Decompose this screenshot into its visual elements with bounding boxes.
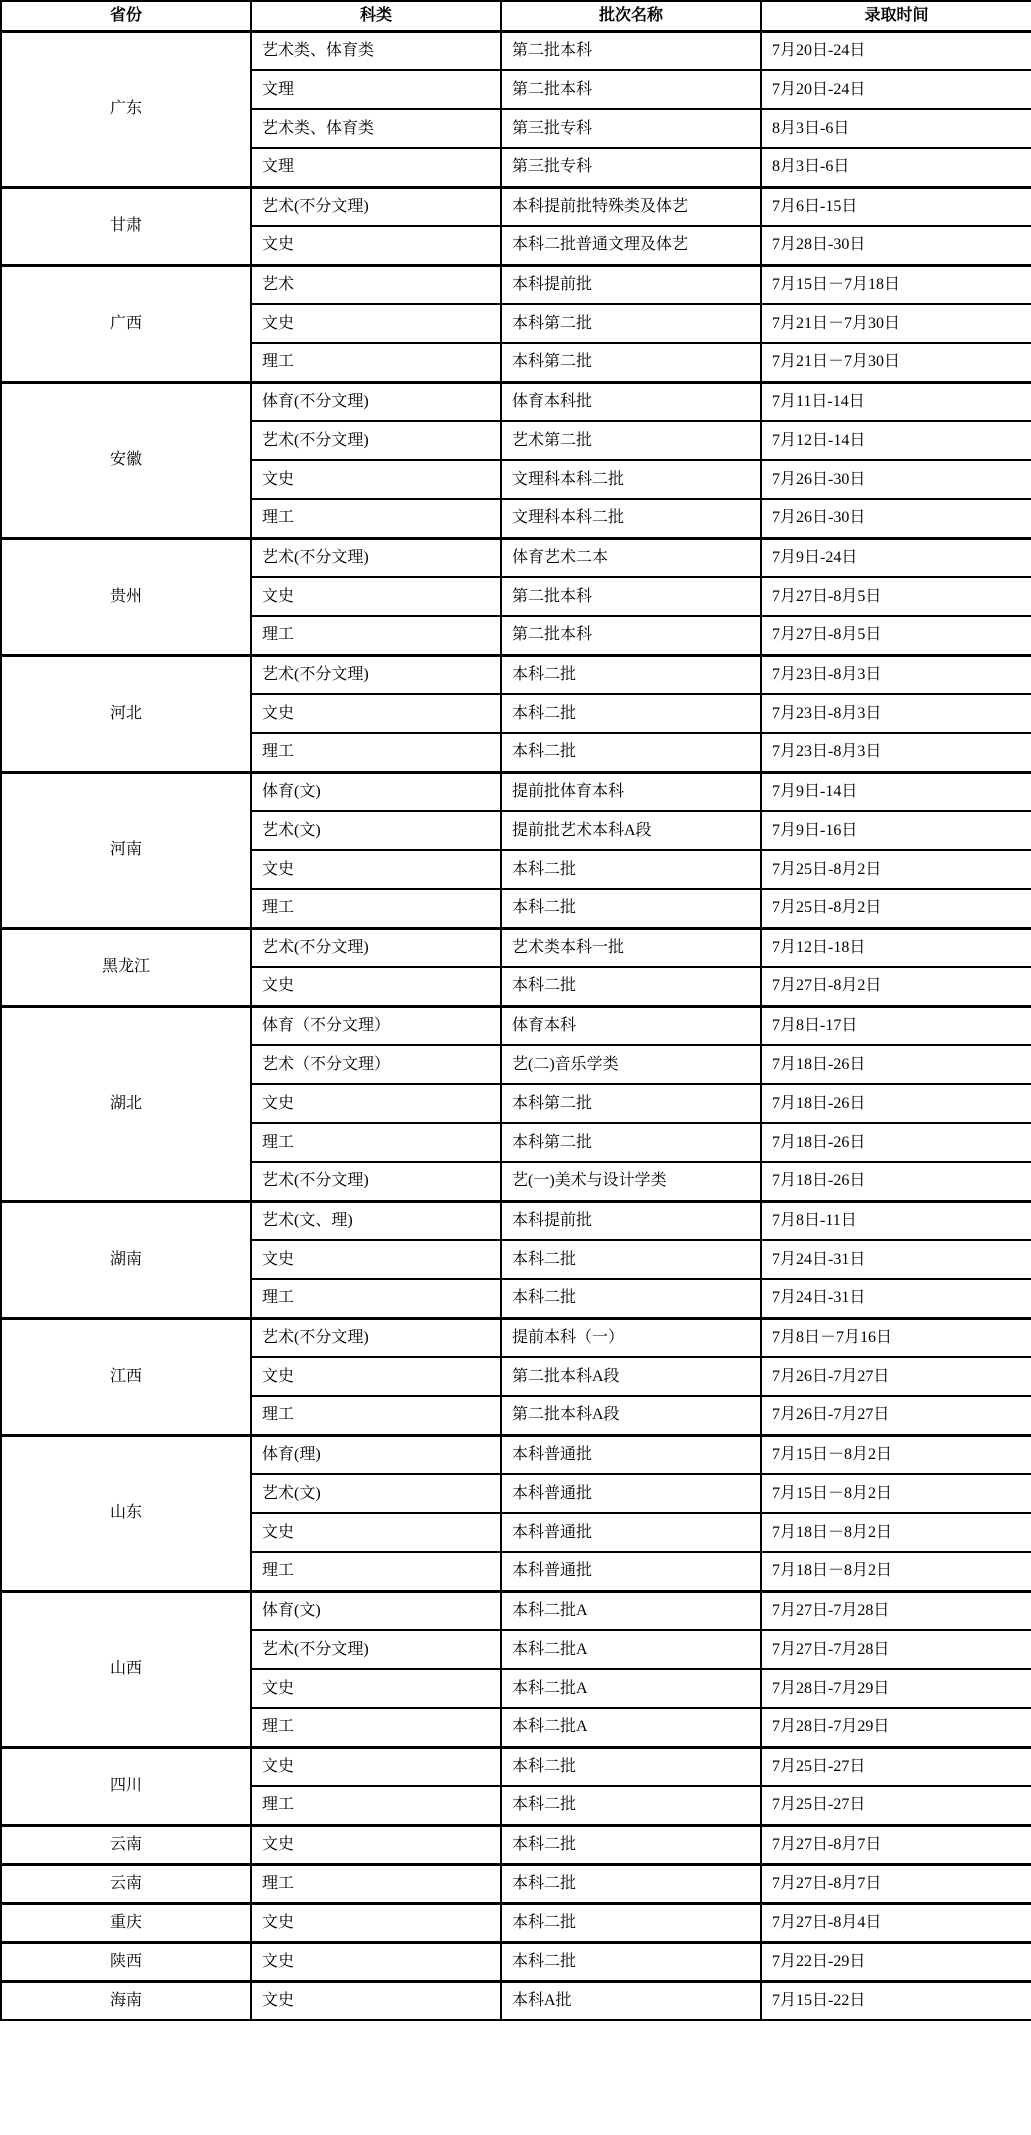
category-cell: 理工 bbox=[251, 1279, 501, 1318]
batch-cell: 本科普通批 bbox=[501, 1513, 761, 1552]
category-cell: 文史 bbox=[251, 1747, 501, 1786]
category-cell: 理工 bbox=[251, 733, 501, 772]
batch-cell: 艺术第二批 bbox=[501, 421, 761, 460]
category-cell: 理工 bbox=[251, 1123, 501, 1162]
time-cell: 7月25日-27日 bbox=[761, 1786, 1031, 1825]
time-cell: 7月26日-7月27日 bbox=[761, 1396, 1031, 1435]
time-cell: 8月3日-6日 bbox=[761, 148, 1031, 187]
batch-cell: 本科A批 bbox=[501, 1981, 761, 2020]
batch-cell: 本科二批 bbox=[501, 694, 761, 733]
category-cell: 艺术(不分文理) bbox=[251, 1630, 501, 1669]
time-cell: 7月18日－8月2日 bbox=[761, 1513, 1031, 1552]
category-cell: 理工 bbox=[251, 1552, 501, 1591]
batch-cell: 本科普通批 bbox=[501, 1552, 761, 1591]
time-cell: 7月24日-31日 bbox=[761, 1240, 1031, 1279]
province-cell: 甘肃 bbox=[1, 187, 251, 265]
batch-cell: 本科二批 bbox=[501, 850, 761, 889]
batch-cell: 本科普通批 bbox=[501, 1435, 761, 1474]
time-cell: 7月28日-30日 bbox=[761, 226, 1031, 265]
column-header-admission-time: 录取时间 bbox=[761, 1, 1031, 31]
category-cell: 文史 bbox=[251, 1942, 501, 1981]
table-row: 山西体育(文)本科二批A7月27日-7月28日 bbox=[1, 1591, 1031, 1630]
category-cell: 艺术(不分文理) bbox=[251, 421, 501, 460]
batch-cell: 第二批本科 bbox=[501, 31, 761, 70]
time-cell: 7月9日-24日 bbox=[761, 538, 1031, 577]
batch-cell: 体育本科 bbox=[501, 1006, 761, 1045]
province-cell: 重庆 bbox=[1, 1903, 251, 1942]
time-cell: 7月20日-24日 bbox=[761, 31, 1031, 70]
province-cell: 陕西 bbox=[1, 1942, 251, 1981]
category-cell: 文理 bbox=[251, 70, 501, 109]
batch-cell: 本科二批A bbox=[501, 1630, 761, 1669]
batch-cell: 文理科本科二批 bbox=[501, 460, 761, 499]
batch-cell: 本科二批 bbox=[501, 1747, 761, 1786]
category-cell: 理工 bbox=[251, 499, 501, 538]
time-cell: 7月28日-7月29日 bbox=[761, 1708, 1031, 1747]
batch-cell: 体育艺术二本 bbox=[501, 538, 761, 577]
admission-schedule-page: 省份 科类 批次名称 录取时间 广东艺术类、体育类第二批本科7月20日-24日文… bbox=[0, 0, 1031, 2021]
batch-cell: 第三批专科 bbox=[501, 109, 761, 148]
province-cell: 海南 bbox=[1, 1981, 251, 2020]
time-cell: 7月27日-8月7日 bbox=[761, 1825, 1031, 1864]
batch-cell: 本科二批A bbox=[501, 1591, 761, 1630]
time-cell: 7月27日-8月5日 bbox=[761, 577, 1031, 616]
batch-cell: 提前本科（一） bbox=[501, 1318, 761, 1357]
batch-cell: 第二批本科 bbox=[501, 577, 761, 616]
category-cell: 理工 bbox=[251, 1708, 501, 1747]
batch-cell: 第三批专科 bbox=[501, 148, 761, 187]
time-cell: 7月18日－8月2日 bbox=[761, 1552, 1031, 1591]
category-cell: 艺术(不分文理) bbox=[251, 187, 501, 226]
province-cell: 山西 bbox=[1, 1591, 251, 1747]
table-row: 云南文史本科二批7月27日-8月7日 bbox=[1, 1825, 1031, 1864]
table-row: 江西艺术(不分文理)提前本科（一）7月8日－7月16日 bbox=[1, 1318, 1031, 1357]
category-cell: 艺术(不分文理) bbox=[251, 655, 501, 694]
batch-cell: 文理科本科二批 bbox=[501, 499, 761, 538]
time-cell: 7月18日-26日 bbox=[761, 1084, 1031, 1123]
time-cell: 7月8日-17日 bbox=[761, 1006, 1031, 1045]
category-cell: 文史 bbox=[251, 1825, 501, 1864]
time-cell: 7月27日-7月28日 bbox=[761, 1630, 1031, 1669]
category-cell: 体育(不分文理) bbox=[251, 382, 501, 421]
province-cell: 云南 bbox=[1, 1864, 251, 1903]
batch-cell: 本科第二批 bbox=[501, 343, 761, 382]
batch-cell: 第二批本科A段 bbox=[501, 1396, 761, 1435]
time-cell: 7月9日-16日 bbox=[761, 811, 1031, 850]
time-cell: 7月18日-26日 bbox=[761, 1123, 1031, 1162]
batch-cell: 本科第二批 bbox=[501, 1084, 761, 1123]
header-row: 省份 科类 批次名称 录取时间 bbox=[1, 1, 1031, 31]
batch-cell: 本科二批 bbox=[501, 1240, 761, 1279]
table-row: 湖南艺术(文、理)本科提前批7月8日-11日 bbox=[1, 1201, 1031, 1240]
time-cell: 7月26日-7月27日 bbox=[761, 1357, 1031, 1396]
table-row: 湖北体育（不分文理）体育本科7月8日-17日 bbox=[1, 1006, 1031, 1045]
category-cell: 文史 bbox=[251, 577, 501, 616]
category-cell: 体育(文) bbox=[251, 772, 501, 811]
column-header-batch: 批次名称 bbox=[501, 1, 761, 31]
category-cell: 艺术(文、理) bbox=[251, 1201, 501, 1240]
category-cell: 文史 bbox=[251, 967, 501, 1006]
category-cell: 艺术(不分文理) bbox=[251, 928, 501, 967]
batch-cell: 提前批艺术本科A段 bbox=[501, 811, 761, 850]
batch-cell: 本科二批A bbox=[501, 1669, 761, 1708]
time-cell: 7月9日-14日 bbox=[761, 772, 1031, 811]
time-cell: 8月3日-6日 bbox=[761, 109, 1031, 148]
batch-cell: 本科提前批特殊类及体艺 bbox=[501, 187, 761, 226]
time-cell: 7月18日-26日 bbox=[761, 1045, 1031, 1084]
category-cell: 体育(文) bbox=[251, 1591, 501, 1630]
category-cell: 文史 bbox=[251, 1903, 501, 1942]
batch-cell: 本科提前批 bbox=[501, 1201, 761, 1240]
batch-cell: 第二批本科 bbox=[501, 70, 761, 109]
category-cell: 艺术(不分文理) bbox=[251, 1318, 501, 1357]
category-cell: 文史 bbox=[251, 694, 501, 733]
batch-cell: 艺(二)音乐学类 bbox=[501, 1045, 761, 1084]
province-cell: 广东 bbox=[1, 31, 251, 187]
time-cell: 7月27日-8月5日 bbox=[761, 616, 1031, 655]
province-cell: 河北 bbox=[1, 655, 251, 772]
category-cell: 文史 bbox=[251, 850, 501, 889]
time-cell: 7月20日-24日 bbox=[761, 70, 1031, 109]
category-cell: 理工 bbox=[251, 343, 501, 382]
table-row: 安徽体育(不分文理)体育本科批7月11日-14日 bbox=[1, 382, 1031, 421]
time-cell: 7月27日-8月4日 bbox=[761, 1903, 1031, 1942]
table-row: 四川文史本科二批7月25日-27日 bbox=[1, 1747, 1031, 1786]
province-cell: 湖南 bbox=[1, 1201, 251, 1318]
time-cell: 7月27日-8月7日 bbox=[761, 1864, 1031, 1903]
province-cell: 广西 bbox=[1, 265, 251, 382]
column-header-province: 省份 bbox=[1, 1, 251, 31]
batch-cell: 本科二批 bbox=[501, 1903, 761, 1942]
category-cell: 文史 bbox=[251, 1981, 501, 2020]
category-cell: 文理 bbox=[251, 148, 501, 187]
category-cell: 理工 bbox=[251, 1864, 501, 1903]
batch-cell: 本科二批 bbox=[501, 1786, 761, 1825]
table-row: 广西艺术本科提前批7月15日－7月18日 bbox=[1, 265, 1031, 304]
province-cell: 黑龙江 bbox=[1, 928, 251, 1006]
table-row: 重庆文史本科二批7月27日-8月4日 bbox=[1, 1903, 1031, 1942]
time-cell: 7月26日-30日 bbox=[761, 499, 1031, 538]
category-cell: 艺术类、体育类 bbox=[251, 109, 501, 148]
batch-cell: 本科二批 bbox=[501, 1864, 761, 1903]
table-row: 贵州艺术(不分文理)体育艺术二本7月9日-24日 bbox=[1, 538, 1031, 577]
province-cell: 云南 bbox=[1, 1825, 251, 1864]
batch-cell: 本科第二批 bbox=[501, 304, 761, 343]
batch-cell: 本科二批 bbox=[501, 1942, 761, 1981]
time-cell: 7月8日-11日 bbox=[761, 1201, 1031, 1240]
time-cell: 7月27日-8月2日 bbox=[761, 967, 1031, 1006]
batch-cell: 体育本科批 bbox=[501, 382, 761, 421]
table-row: 海南文史本科A批7月15日-22日 bbox=[1, 1981, 1031, 2020]
category-cell: 体育(理) bbox=[251, 1435, 501, 1474]
batch-cell: 第二批本科A段 bbox=[501, 1357, 761, 1396]
category-cell: 艺术(文) bbox=[251, 1474, 501, 1513]
time-cell: 7月11日-14日 bbox=[761, 382, 1031, 421]
time-cell: 7月21日－7月30日 bbox=[761, 304, 1031, 343]
category-cell: 文史 bbox=[251, 304, 501, 343]
category-cell: 文史 bbox=[251, 1513, 501, 1552]
time-cell: 7月27日-7月28日 bbox=[761, 1591, 1031, 1630]
table-row: 云南理工本科二批7月27日-8月7日 bbox=[1, 1864, 1031, 1903]
province-cell: 安徽 bbox=[1, 382, 251, 538]
time-cell: 7月15日-22日 bbox=[761, 1981, 1031, 2020]
batch-cell: 第二批本科 bbox=[501, 616, 761, 655]
category-cell: 文史 bbox=[251, 1669, 501, 1708]
batch-cell: 本科提前批 bbox=[501, 265, 761, 304]
time-cell: 7月15日－8月2日 bbox=[761, 1435, 1031, 1474]
category-cell: 文史 bbox=[251, 460, 501, 499]
batch-cell: 本科普通批 bbox=[501, 1474, 761, 1513]
batch-cell: 本科二批 bbox=[501, 1825, 761, 1864]
category-cell: 理工 bbox=[251, 889, 501, 928]
time-cell: 7月24日-31日 bbox=[761, 1279, 1031, 1318]
table-row: 山东体育(理)本科普通批7月15日－8月2日 bbox=[1, 1435, 1031, 1474]
table-body: 广东艺术类、体育类第二批本科7月20日-24日文理第二批本科7月20日-24日艺… bbox=[1, 31, 1031, 2020]
category-cell: 艺术 bbox=[251, 265, 501, 304]
table-row: 广东艺术类、体育类第二批本科7月20日-24日 bbox=[1, 31, 1031, 70]
province-cell: 四川 bbox=[1, 1747, 251, 1825]
time-cell: 7月15日－7月18日 bbox=[761, 265, 1031, 304]
category-cell: 文史 bbox=[251, 226, 501, 265]
table-row: 甘肃艺术(不分文理)本科提前批特殊类及体艺7月6日-15日 bbox=[1, 187, 1031, 226]
category-cell: 文史 bbox=[251, 1357, 501, 1396]
category-cell: 艺术(文) bbox=[251, 811, 501, 850]
province-cell: 江西 bbox=[1, 1318, 251, 1435]
time-cell: 7月12日-18日 bbox=[761, 928, 1031, 967]
category-cell: 文史 bbox=[251, 1240, 501, 1279]
time-cell: 7月22日-29日 bbox=[761, 1942, 1031, 1981]
province-cell: 湖北 bbox=[1, 1006, 251, 1201]
time-cell: 7月28日-7月29日 bbox=[761, 1669, 1031, 1708]
time-cell: 7月25日-8月2日 bbox=[761, 850, 1031, 889]
batch-cell: 提前批体育本科 bbox=[501, 772, 761, 811]
category-cell: 艺术(不分文理) bbox=[251, 1162, 501, 1201]
batch-cell: 艺术类本科一批 bbox=[501, 928, 761, 967]
category-cell: 理工 bbox=[251, 616, 501, 655]
category-cell: 体育（不分文理） bbox=[251, 1006, 501, 1045]
batch-cell: 本科二批 bbox=[501, 967, 761, 1006]
province-cell: 山东 bbox=[1, 1435, 251, 1591]
time-cell: 7月23日-8月3日 bbox=[761, 733, 1031, 772]
table-row: 河北艺术(不分文理)本科二批7月23日-8月3日 bbox=[1, 655, 1031, 694]
category-cell: 理工 bbox=[251, 1396, 501, 1435]
time-cell: 7月18日-26日 bbox=[761, 1162, 1031, 1201]
time-cell: 7月23日-8月3日 bbox=[761, 655, 1031, 694]
table-row: 河南体育(文)提前批体育本科7月9日-14日 bbox=[1, 772, 1031, 811]
category-cell: 艺术(不分文理) bbox=[251, 538, 501, 577]
time-cell: 7月8日－7月16日 bbox=[761, 1318, 1031, 1357]
batch-cell: 本科二批 bbox=[501, 733, 761, 772]
time-cell: 7月23日-8月3日 bbox=[761, 694, 1031, 733]
batch-cell: 本科第二批 bbox=[501, 1123, 761, 1162]
time-cell: 7月25日-27日 bbox=[761, 1747, 1031, 1786]
time-cell: 7月6日-15日 bbox=[761, 187, 1031, 226]
category-cell: 理工 bbox=[251, 1786, 501, 1825]
time-cell: 7月21日－7月30日 bbox=[761, 343, 1031, 382]
admission-schedule-table: 省份 科类 批次名称 录取时间 广东艺术类、体育类第二批本科7月20日-24日文… bbox=[0, 0, 1031, 2021]
category-cell: 艺术类、体育类 bbox=[251, 31, 501, 70]
time-cell: 7月15日－8月2日 bbox=[761, 1474, 1031, 1513]
province-cell: 河南 bbox=[1, 772, 251, 928]
category-cell: 艺术（不分文理） bbox=[251, 1045, 501, 1084]
table-header: 省份 科类 批次名称 录取时间 bbox=[1, 1, 1031, 31]
batch-cell: 本科二批 bbox=[501, 1279, 761, 1318]
batch-cell: 本科二批普通文理及体艺 bbox=[501, 226, 761, 265]
time-cell: 7月12日-14日 bbox=[761, 421, 1031, 460]
batch-cell: 艺(一)美术与设计学类 bbox=[501, 1162, 761, 1201]
column-header-category: 科类 bbox=[251, 1, 501, 31]
batch-cell: 本科二批 bbox=[501, 655, 761, 694]
table-row: 陕西文史本科二批7月22日-29日 bbox=[1, 1942, 1031, 1981]
table-row: 黑龙江艺术(不分文理)艺术类本科一批7月12日-18日 bbox=[1, 928, 1031, 967]
category-cell: 文史 bbox=[251, 1084, 501, 1123]
time-cell: 7月26日-30日 bbox=[761, 460, 1031, 499]
time-cell: 7月25日-8月2日 bbox=[761, 889, 1031, 928]
batch-cell: 本科二批A bbox=[501, 1708, 761, 1747]
batch-cell: 本科二批 bbox=[501, 889, 761, 928]
province-cell: 贵州 bbox=[1, 538, 251, 655]
